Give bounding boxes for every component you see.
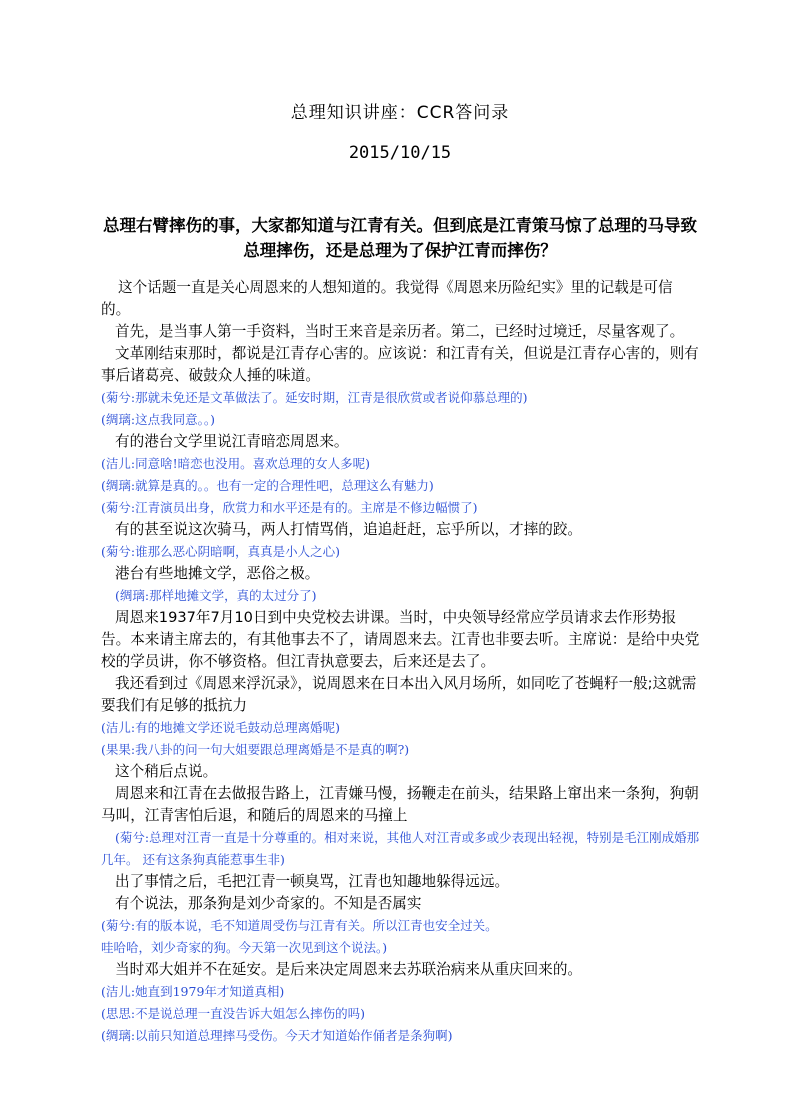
comment: (洁儿:她直到1979年才知道真相) xyxy=(101,981,701,1003)
paragraph: 这个话题一直是关心周恩来的人想知道的。我觉得《周恩来历险纪实》里的记载是可信的。 xyxy=(101,277,701,321)
paragraph: 出了事情之后，毛把江青一顿臭骂，江青也知趣地躲得远远。 xyxy=(101,871,701,893)
paragraph: 周恩来1937年7月10日到中央党校去讲课。当时，中央领导经常应学员请求去作形势… xyxy=(101,607,701,673)
paragraph: 港台有些地摊文学，恶俗之极。 xyxy=(101,563,701,585)
comment: (菊兮:总理对江青一直是十分尊重的。相对来说，其他人对江青或多或少表现出轻视，特… xyxy=(101,827,701,871)
paragraph: 我还看到过《周恩来浮沉录》，说周恩来在日本出入风月场所，如同吃了苍蝇籽一般;这就… xyxy=(101,673,701,717)
comment: (洁儿:同意啥!暗恋也没用。喜欢总理的女人多呢) xyxy=(101,453,701,475)
paragraph: 有的港台文学里说江青暗恋周恩来。 xyxy=(101,431,701,453)
paragraph: 当时邓大姐并不在延安。是后来决定周恩来去苏联治病来从重庆回来的。 xyxy=(101,959,701,981)
comment: (洁儿:有的地摊文学还说毛鼓动总理离婚呢) xyxy=(101,717,701,739)
comment: (菊兮:谁那么恶心阴暗啊，真真是小人之心) xyxy=(101,541,701,563)
paragraph: 首先，是当事人第一手资料，当时王来音是亲历者。第二，已经时过境迁，尽量客观了。 xyxy=(101,321,701,343)
comment: (绸璃:那样地摊文学，真的太过分了) xyxy=(101,585,701,607)
comment: (菊兮:那就未免还是文革做法了。延安时期，江青是很欣赏或者说仰慕总理的) xyxy=(101,387,701,409)
paragraph: 有个说法，那条狗是刘少奇家的。不知是否属实 xyxy=(101,893,701,915)
comment: (菊兮:江青演员出身，欣赏力和水平还是有的。主席是不修边幅惯了) xyxy=(101,497,701,519)
comment: (果果:我八卦的问一句大姐要跟总理离婚是不是真的啊?) xyxy=(101,739,701,761)
comment: (绸璃:就算是真的。。也有一定的合理性吧，总理这么有魅力) xyxy=(101,475,701,497)
question-heading: 总理右臂摔伤的事，大家都知道与江青有关。但到底是江青策马惊了总理的马导致总理摔伤… xyxy=(100,213,700,263)
paragraph: 文革刚结束那时，都说是江青存心害的。应该说：和江青有关，但说是江青存心害的，则有… xyxy=(101,343,701,387)
comment: (绸璃:这点我同意。。) xyxy=(101,409,701,431)
paragraph: 周恩来和江青在去做报告路上，江青嫌马慢，扬鞭走在前头，结果路上窜出来一条狗，狗朝… xyxy=(101,783,701,827)
paragraph: 有的甚至说这次骑马，两人打情骂俏，追追赶赶，忘乎所以，才摔的跤。 xyxy=(101,519,701,541)
paragraph: 这个稍后点说。 xyxy=(101,761,701,783)
document-page: 总理知识讲座：CCR答问录 2015/10/15 总理右臂摔伤的事，大家都知道与… xyxy=(0,0,800,1100)
comment: (绸璃:以前只知道总理摔马受伤。今天才知道始作俑者是条狗啊) xyxy=(101,1025,701,1047)
document-date: 2015/10/15 xyxy=(0,143,800,163)
comment: 哇哈哈，刘少奇家的狗。今天第一次见到这个说法。) xyxy=(101,937,701,959)
document-body: 这个话题一直是关心周恩来的人想知道的。我觉得《周恩来历险纪实》里的记载是可信的。… xyxy=(101,277,701,1047)
document-title: 总理知识讲座：CCR答问录 xyxy=(0,98,800,123)
comment: (菊兮:有的版本说，毛不知道周受伤与江青有关。所以江青也安全过关。 xyxy=(101,915,701,937)
comment: (思思:不是说总理一直没告诉大姐怎么摔伤的吗) xyxy=(101,1003,701,1025)
